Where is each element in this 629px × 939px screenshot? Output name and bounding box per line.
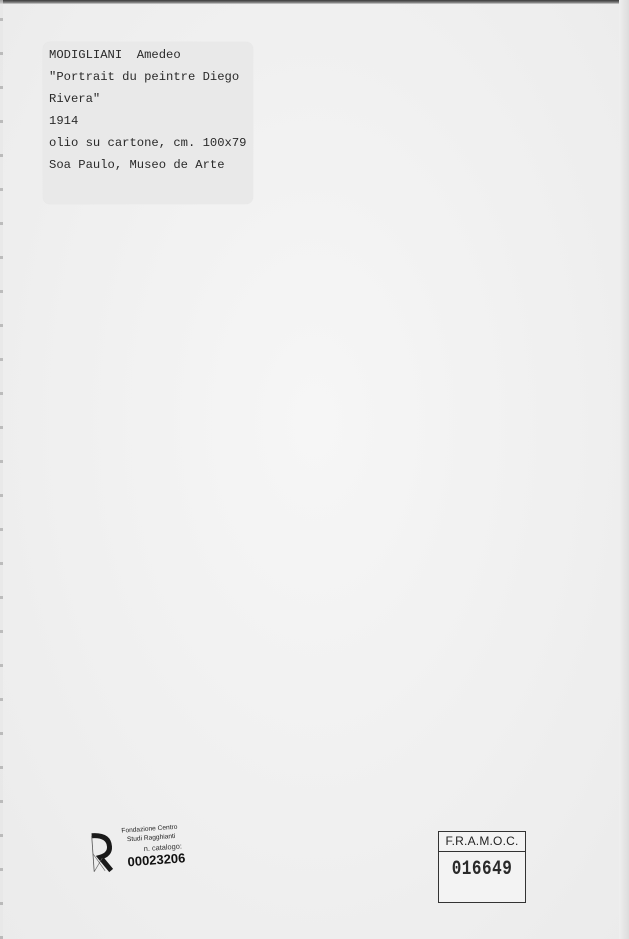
scan-right-edge: [619, 0, 629, 939]
catalog-stamp: Fondazione Centro Studi Ragghianti n. ca…: [88, 818, 201, 876]
r-monogram-logo-icon: [88, 830, 115, 874]
framoc-inventory-box: F.R.A.M.O.C. 016649: [438, 831, 526, 903]
framoc-header: F.R.A.M.O.C.: [439, 832, 525, 852]
scan-left-edge: [0, 0, 3, 939]
stamp-catalog-number: 00023206: [127, 850, 186, 869]
framoc-number: 016649: [439, 858, 525, 881]
label-medium-dimensions: olio su cartone, cm. 100x79: [49, 136, 246, 150]
label-artist: MODIGLIANI Amedeo: [49, 48, 181, 62]
document-page: MODIGLIANI Amedeo "Portrait du peintre D…: [0, 0, 629, 939]
scan-top-edge: [0, 0, 629, 4]
label-title-line2: Rivera": [49, 92, 100, 106]
label-year: 1914: [49, 114, 78, 128]
artwork-label-card: MODIGLIANI Amedeo "Portrait du peintre D…: [43, 42, 253, 204]
label-location: Soa Paulo, Museo de Arte: [49, 158, 225, 172]
label-title-line1: "Portrait du peintre Diego: [49, 70, 239, 84]
